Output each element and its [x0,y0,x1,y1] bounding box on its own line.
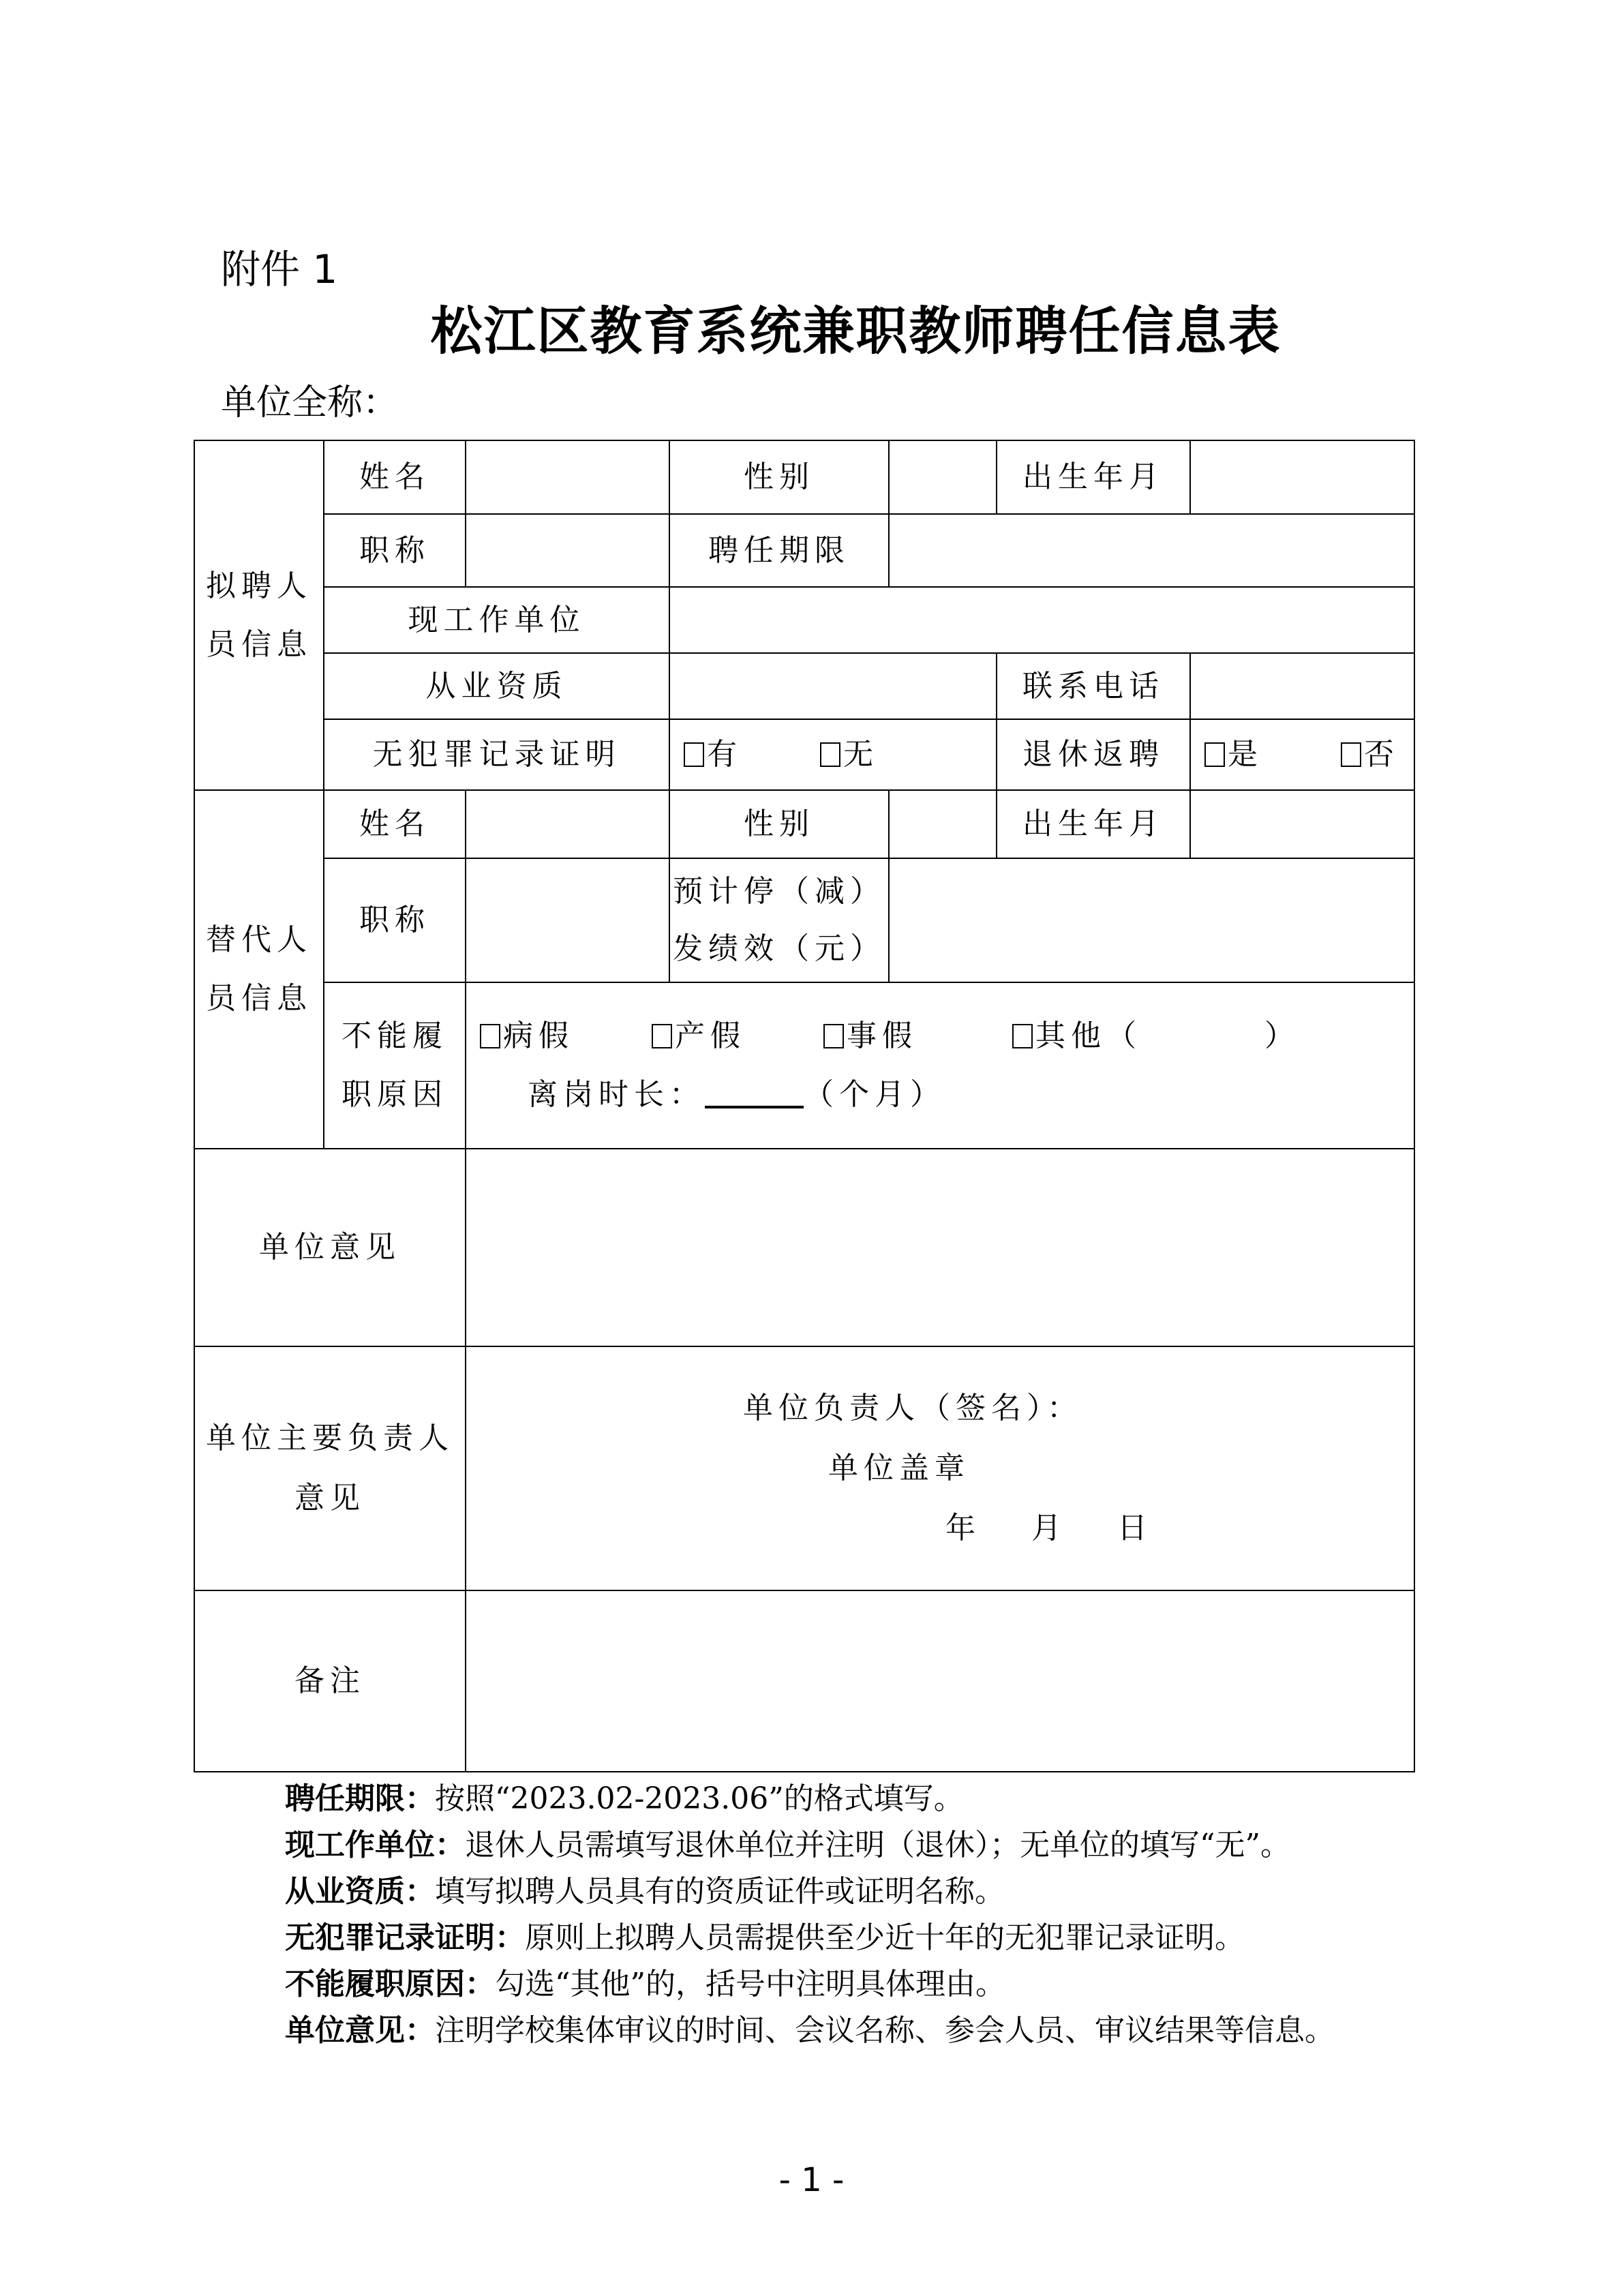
label-current-unit: 现工作单位 [324,587,669,653]
hire-current-unit-field[interactable] [669,587,1414,653]
label-unit-opinion: 单位意见 [194,1149,466,1346]
replace-birth-field[interactable] [1190,790,1414,858]
note-item: 不能履职原因：勾选“其他”的，括号中注明具体理由。 [285,1961,1335,2008]
attachment-label: 附件 1 [221,237,337,294]
reason-options: 病假 产假 事假 其他（） 离岗时长：（个月） [466,982,1414,1149]
stop-pay-field[interactable] [889,858,1414,982]
label-birth: 出生年月 [997,440,1190,514]
hire-name-field[interactable] [466,440,669,514]
label-remarks: 备注 [194,1590,466,1772]
label-gender: 性别 [669,440,889,514]
section-replace-label: 替代人员信息 [194,790,324,1149]
label-phone: 联系电话 [997,653,1190,719]
note-item: 聘任期限：按照“2023.02-2023.06”的格式填写。 [285,1776,1335,1822]
no-crime-options: 有 无 [669,719,997,790]
hire-birth-field[interactable] [1190,440,1414,514]
note-item: 无犯罪记录证明：原则上拟聘人员需提供至少近十年的无犯罪记录证明。 [285,1915,1335,1961]
hire-term-field[interactable] [889,514,1414,587]
label-stop-pay: 预计停（减）发绩效（元） [669,858,889,982]
hiring-info-form: 拟聘人员信息 姓名 性别 出生年月 职称 聘任期限 现工作单位 从业资质 联系电… [194,440,1415,1772]
checkbox-personal[interactable] [823,1024,844,1048]
label-term: 聘任期限 [669,514,889,587]
checkbox-other[interactable] [1012,1024,1033,1048]
replace-name-field[interactable] [466,790,669,858]
checkbox-retired-no[interactable] [1341,742,1361,767]
note-item: 单位意见：注明学校集体审议的时间、会议名称、参会人员、审议结果等信息。 [285,2008,1335,2054]
label-retired-rehire: 退休返聘 [997,719,1190,790]
hire-gender-field[interactable] [889,440,997,514]
page-number: - 1 - [0,2161,1623,2199]
section-hire-label: 拟聘人员信息 [194,440,324,790]
label-name: 姓名 [324,440,466,514]
page-title: 松江区教育系统兼职教师聘任信息表 [0,290,1623,364]
label-reason: 不能履职原因 [324,982,466,1149]
label-replace-name: 姓名 [324,790,466,858]
leave-duration-field[interactable] [705,1078,804,1108]
label-no-crime: 无犯罪记录证明 [324,719,669,790]
replace-gender-field[interactable] [889,790,997,858]
label-replace-gender: 性别 [669,790,889,858]
remarks-field[interactable] [466,1590,1414,1772]
hire-phone-field[interactable] [1190,653,1414,719]
hire-title-field[interactable] [466,514,669,587]
checkbox-no-crime-yes[interactable] [684,742,704,767]
unit-opinion-field[interactable] [466,1149,1414,1346]
checkbox-retired-yes[interactable] [1204,742,1225,767]
hire-qualification-field[interactable] [669,653,997,719]
label-title: 职称 [324,514,466,587]
note-item: 现工作单位：退休人员需填写退休单位并注明（退休）；无单位的填写“无”。 [285,1822,1335,1869]
unit-full-name-label: 单位全称： [221,374,398,425]
notes: 聘任期限：按照“2023.02-2023.06”的格式填写。 现工作单位：退休人… [285,1776,1335,2054]
head-opinion-field[interactable]: 单位负责人（签名）： 单位盖章 年 月 日 [466,1346,1414,1590]
seal-label: 单位盖章 [384,1438,1414,1498]
signature-label: 单位负责人（签名）： [412,1378,1414,1438]
label-qualification: 从业资质 [324,653,669,719]
date-label: 年 月 日 [684,1498,1414,1558]
checkbox-sick[interactable] [480,1024,500,1048]
checkbox-maternity[interactable] [652,1024,672,1048]
note-item: 从业资质：填写拟聘人员具有的资质证件或证明名称。 [285,1869,1335,1915]
label-replace-title: 职称 [324,858,466,982]
checkbox-no-crime-no[interactable] [820,742,840,767]
retired-options: 是 否 [1190,719,1414,790]
replace-title-field[interactable] [466,858,669,982]
label-replace-birth: 出生年月 [997,790,1190,858]
